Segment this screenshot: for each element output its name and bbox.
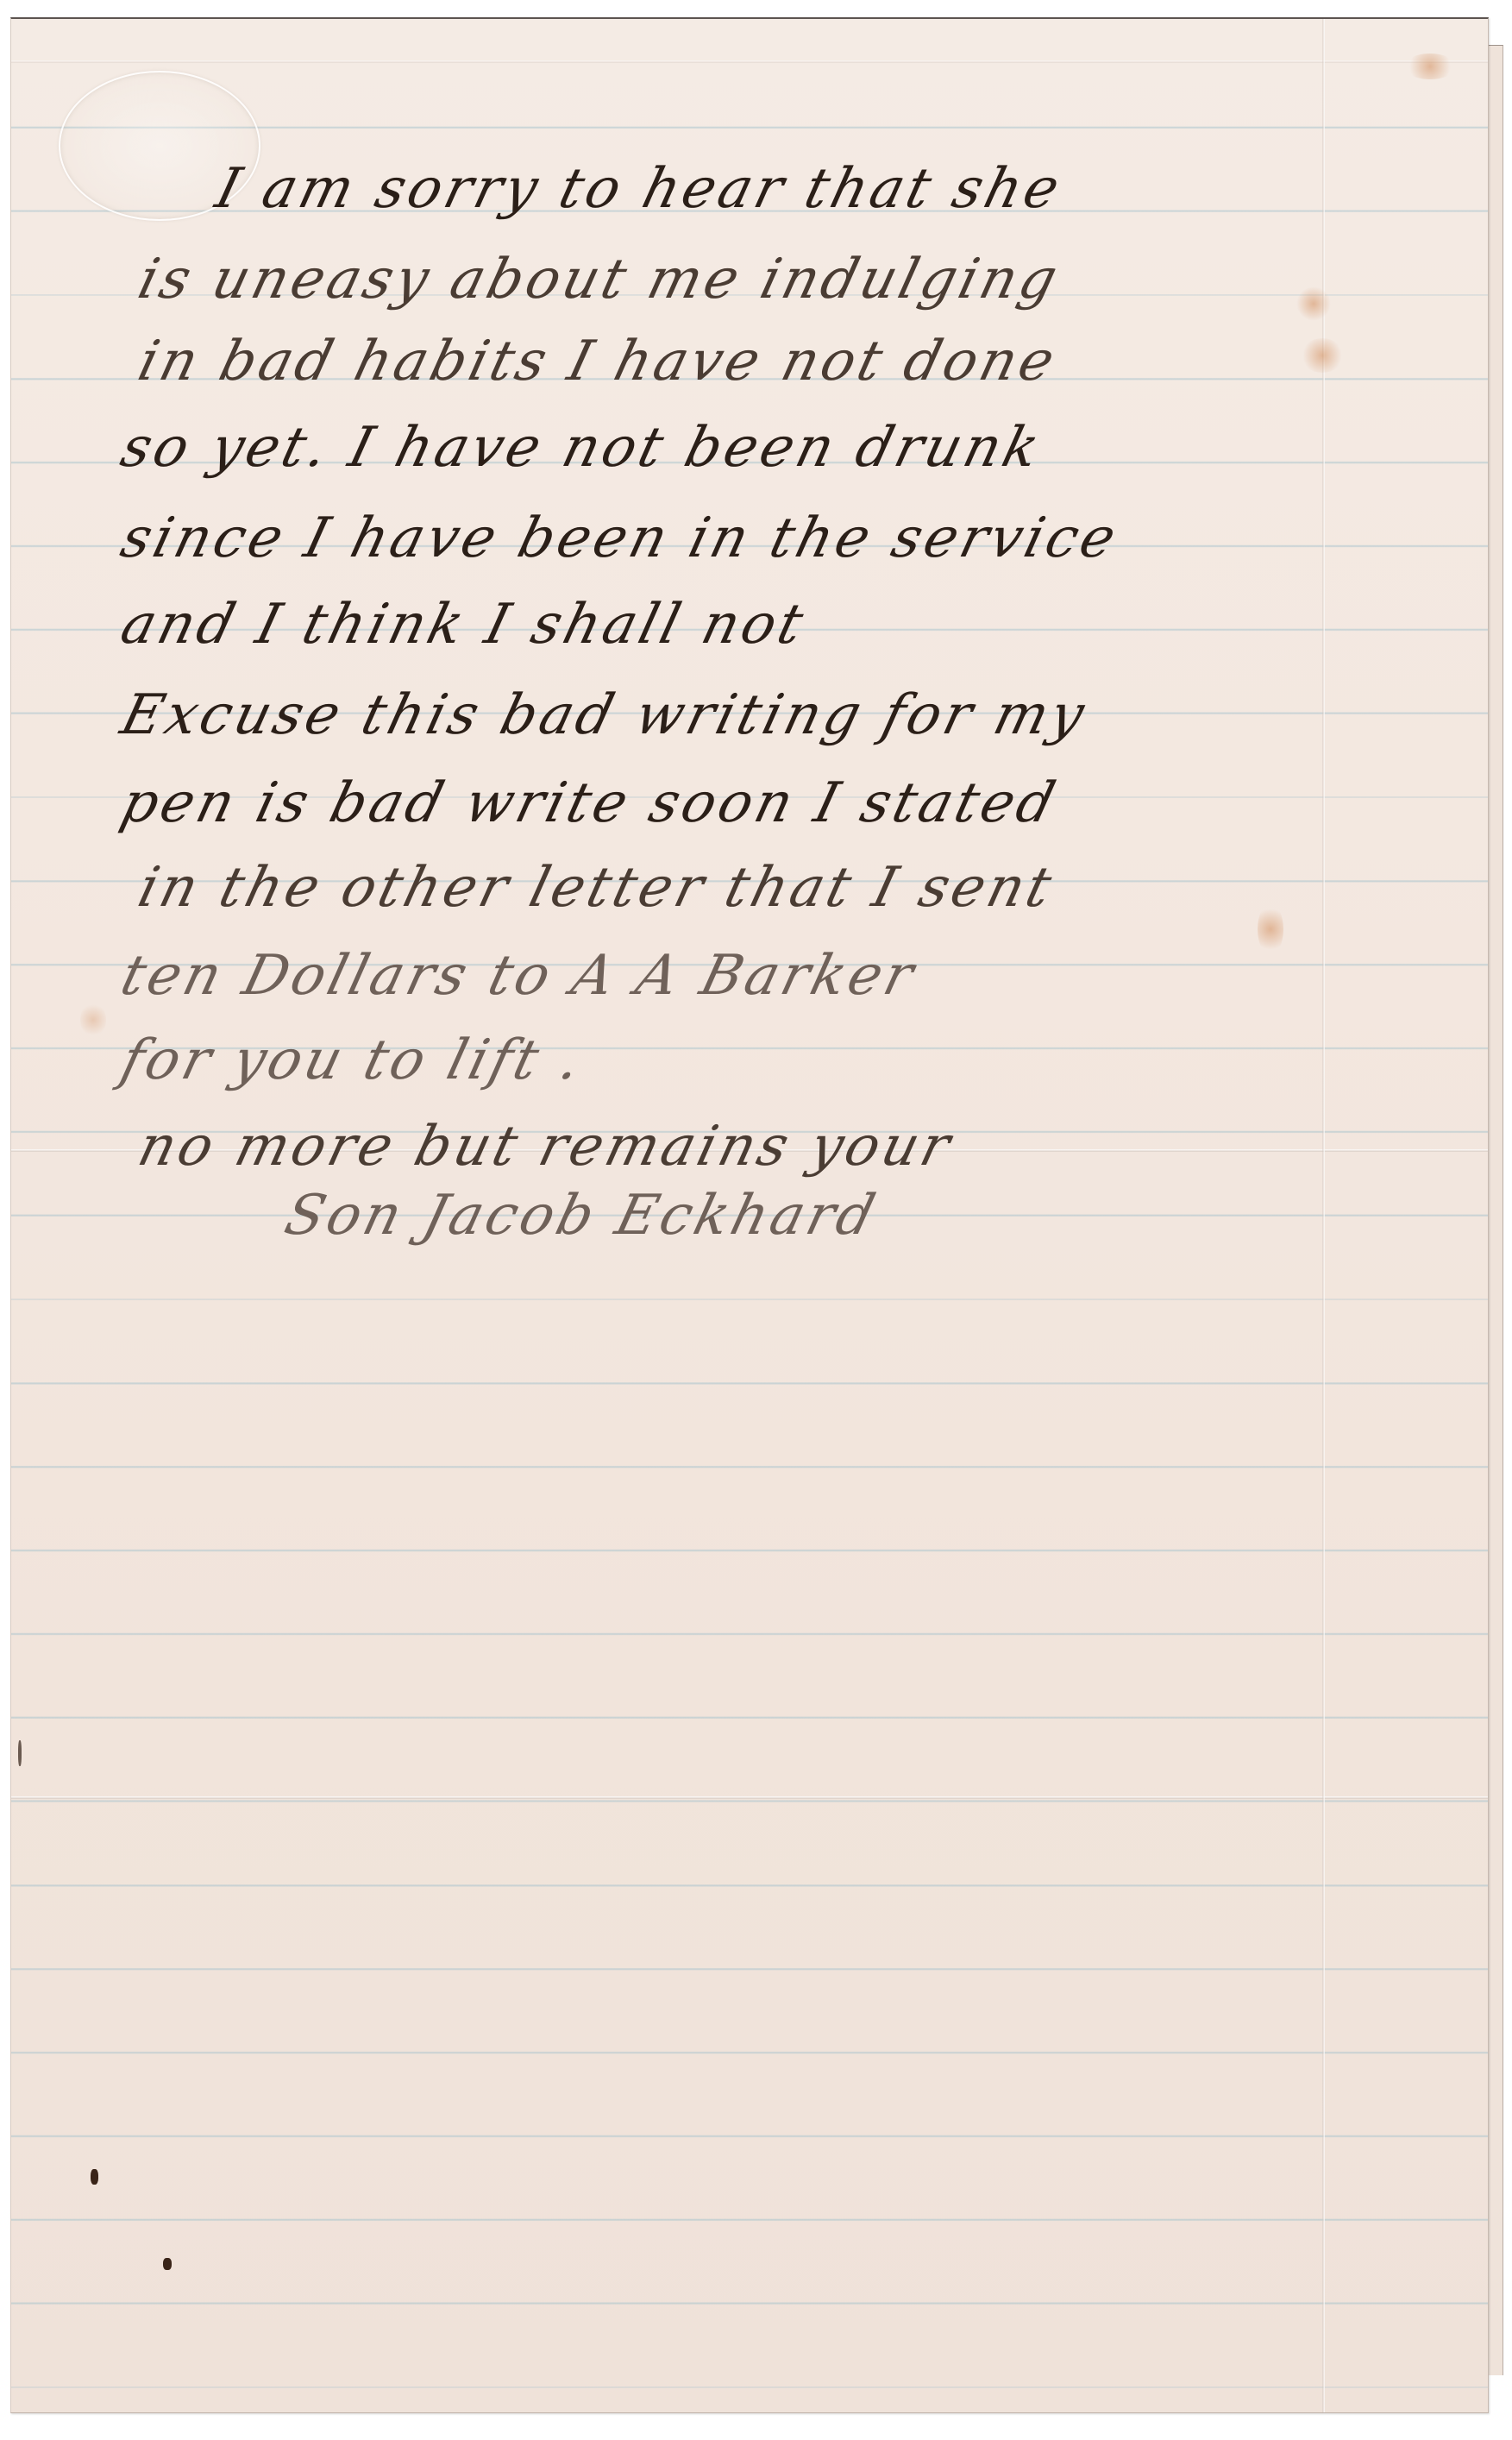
letter-line: ten Dollars to A A Barker (115, 944, 923, 1008)
foxing-stain (1301, 338, 1344, 373)
letter-line: since I have been in the service (115, 506, 1126, 570)
letter-line: no more but remains your (132, 1115, 960, 1179)
ink-spot (91, 2169, 98, 2185)
signature: Son Jacob Eckhard (279, 1184, 884, 1248)
letter-line: Excuse this bad writing for my (115, 683, 1094, 747)
fold-crease-top (11, 60, 1488, 63)
foxing-stain (80, 1003, 106, 1037)
foxing-stain (1258, 903, 1283, 955)
ink-spot (163, 2258, 172, 2270)
letter-line: and I think I shall not (115, 593, 812, 657)
letter-line: so yet. I have not been drunk (115, 416, 1049, 480)
letter-line: pen is bad write soon I stated (115, 771, 1064, 835)
foxing-stain (1404, 53, 1456, 79)
letter-line: for you to lift . (115, 1028, 590, 1092)
letter-line: I am sorry to hear that she (210, 157, 1069, 221)
letter-line: in the other letter that I sent (132, 856, 1061, 920)
letter-line: is uneasy about me indulging (132, 248, 1067, 311)
ink-mark (18, 1740, 22, 1766)
letter-page: I am sorry to hear that she is uneasy ab… (10, 17, 1489, 2413)
foxing-stain (1296, 286, 1331, 321)
fold-crease-vertical (1322, 19, 1325, 2412)
letter-line: in bad habits I have not done (132, 330, 1063, 393)
fold-crease-horizontal (11, 1796, 1488, 1799)
